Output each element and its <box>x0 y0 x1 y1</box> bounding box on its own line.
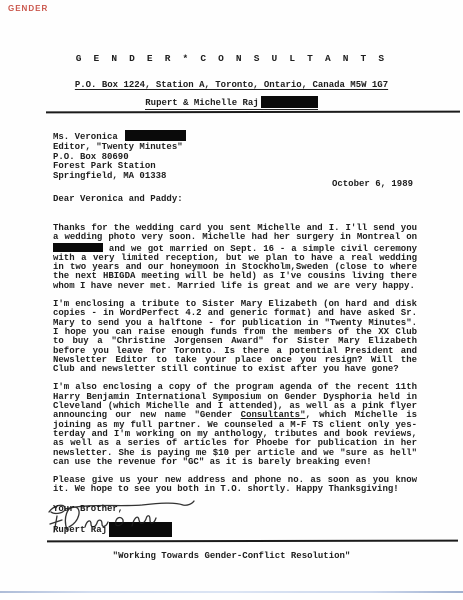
letterhead-org-name: G E N D E R * C O N S U L T A N T S <box>0 53 463 64</box>
scanned-letter-page: GENDER G E N D E R * C O N S U L T A N T… <box>0 0 463 600</box>
signer-name: Rupert Raj <box>53 525 107 535</box>
closing-block: Your Brother, Rupert Raj <box>53 504 172 537</box>
letterhead-names-row: Rupert & Michelle Raj <box>0 96 463 110</box>
salutation: Dear Veronica and Paddy: <box>53 194 183 204</box>
body-line: it. We hope to see you both in T.O. shor… <box>53 485 417 494</box>
recipient-name-line: Ms. Veronica <box>53 130 186 143</box>
body-line: Club and newsletter still continue to ex… <box>53 365 417 374</box>
divider-line <box>46 111 460 114</box>
letterhead-address: P.O. Box 1224, Station A, Toronto, Ontar… <box>0 80 463 90</box>
letterhead-names: Rupert & Michelle Raj <box>145 98 258 108</box>
letter-date: October 6, 1989 <box>53 179 413 189</box>
body-paragraph: I'm enclosing a tribute to Sister Mary E… <box>53 300 417 374</box>
letterhead-address-text: P.O. Box 1224, Station A, Toronto, Ontar… <box>75 80 388 90</box>
footer-motto: "Working Towards Gender-Conflict Resolut… <box>0 551 463 561</box>
body-line: a wedding photo very soon. Michelle had … <box>53 233 417 242</box>
valediction: Your Brother, <box>53 504 172 514</box>
red-archive-stamp: GENDER <box>8 4 48 13</box>
redaction-box <box>261 96 318 108</box>
body-paragraph: Please give us your new address and phon… <box>53 476 417 495</box>
body-line: can use the revenue for "GC" as it is ba… <box>53 458 417 467</box>
signer-name-row: Rupert Raj <box>53 522 172 537</box>
letter-body: Thanks for the wedding card you sent Mic… <box>53 224 417 504</box>
body-line: whom I have never met. Married life is g… <box>53 282 417 291</box>
scan-artifact-line <box>0 591 463 593</box>
body-paragraph: Thanks for the wedding card you sent Mic… <box>53 224 417 291</box>
redaction-box <box>53 243 103 252</box>
redaction-box <box>109 522 172 537</box>
divider-line <box>47 540 458 543</box>
body-paragraph: I'm also enclosing a copy of the program… <box>53 383 417 467</box>
recipient-address-block: Ms. Veronica Editor, "Twenty Minutes" P.… <box>53 130 186 182</box>
redaction-box <box>125 130 186 141</box>
